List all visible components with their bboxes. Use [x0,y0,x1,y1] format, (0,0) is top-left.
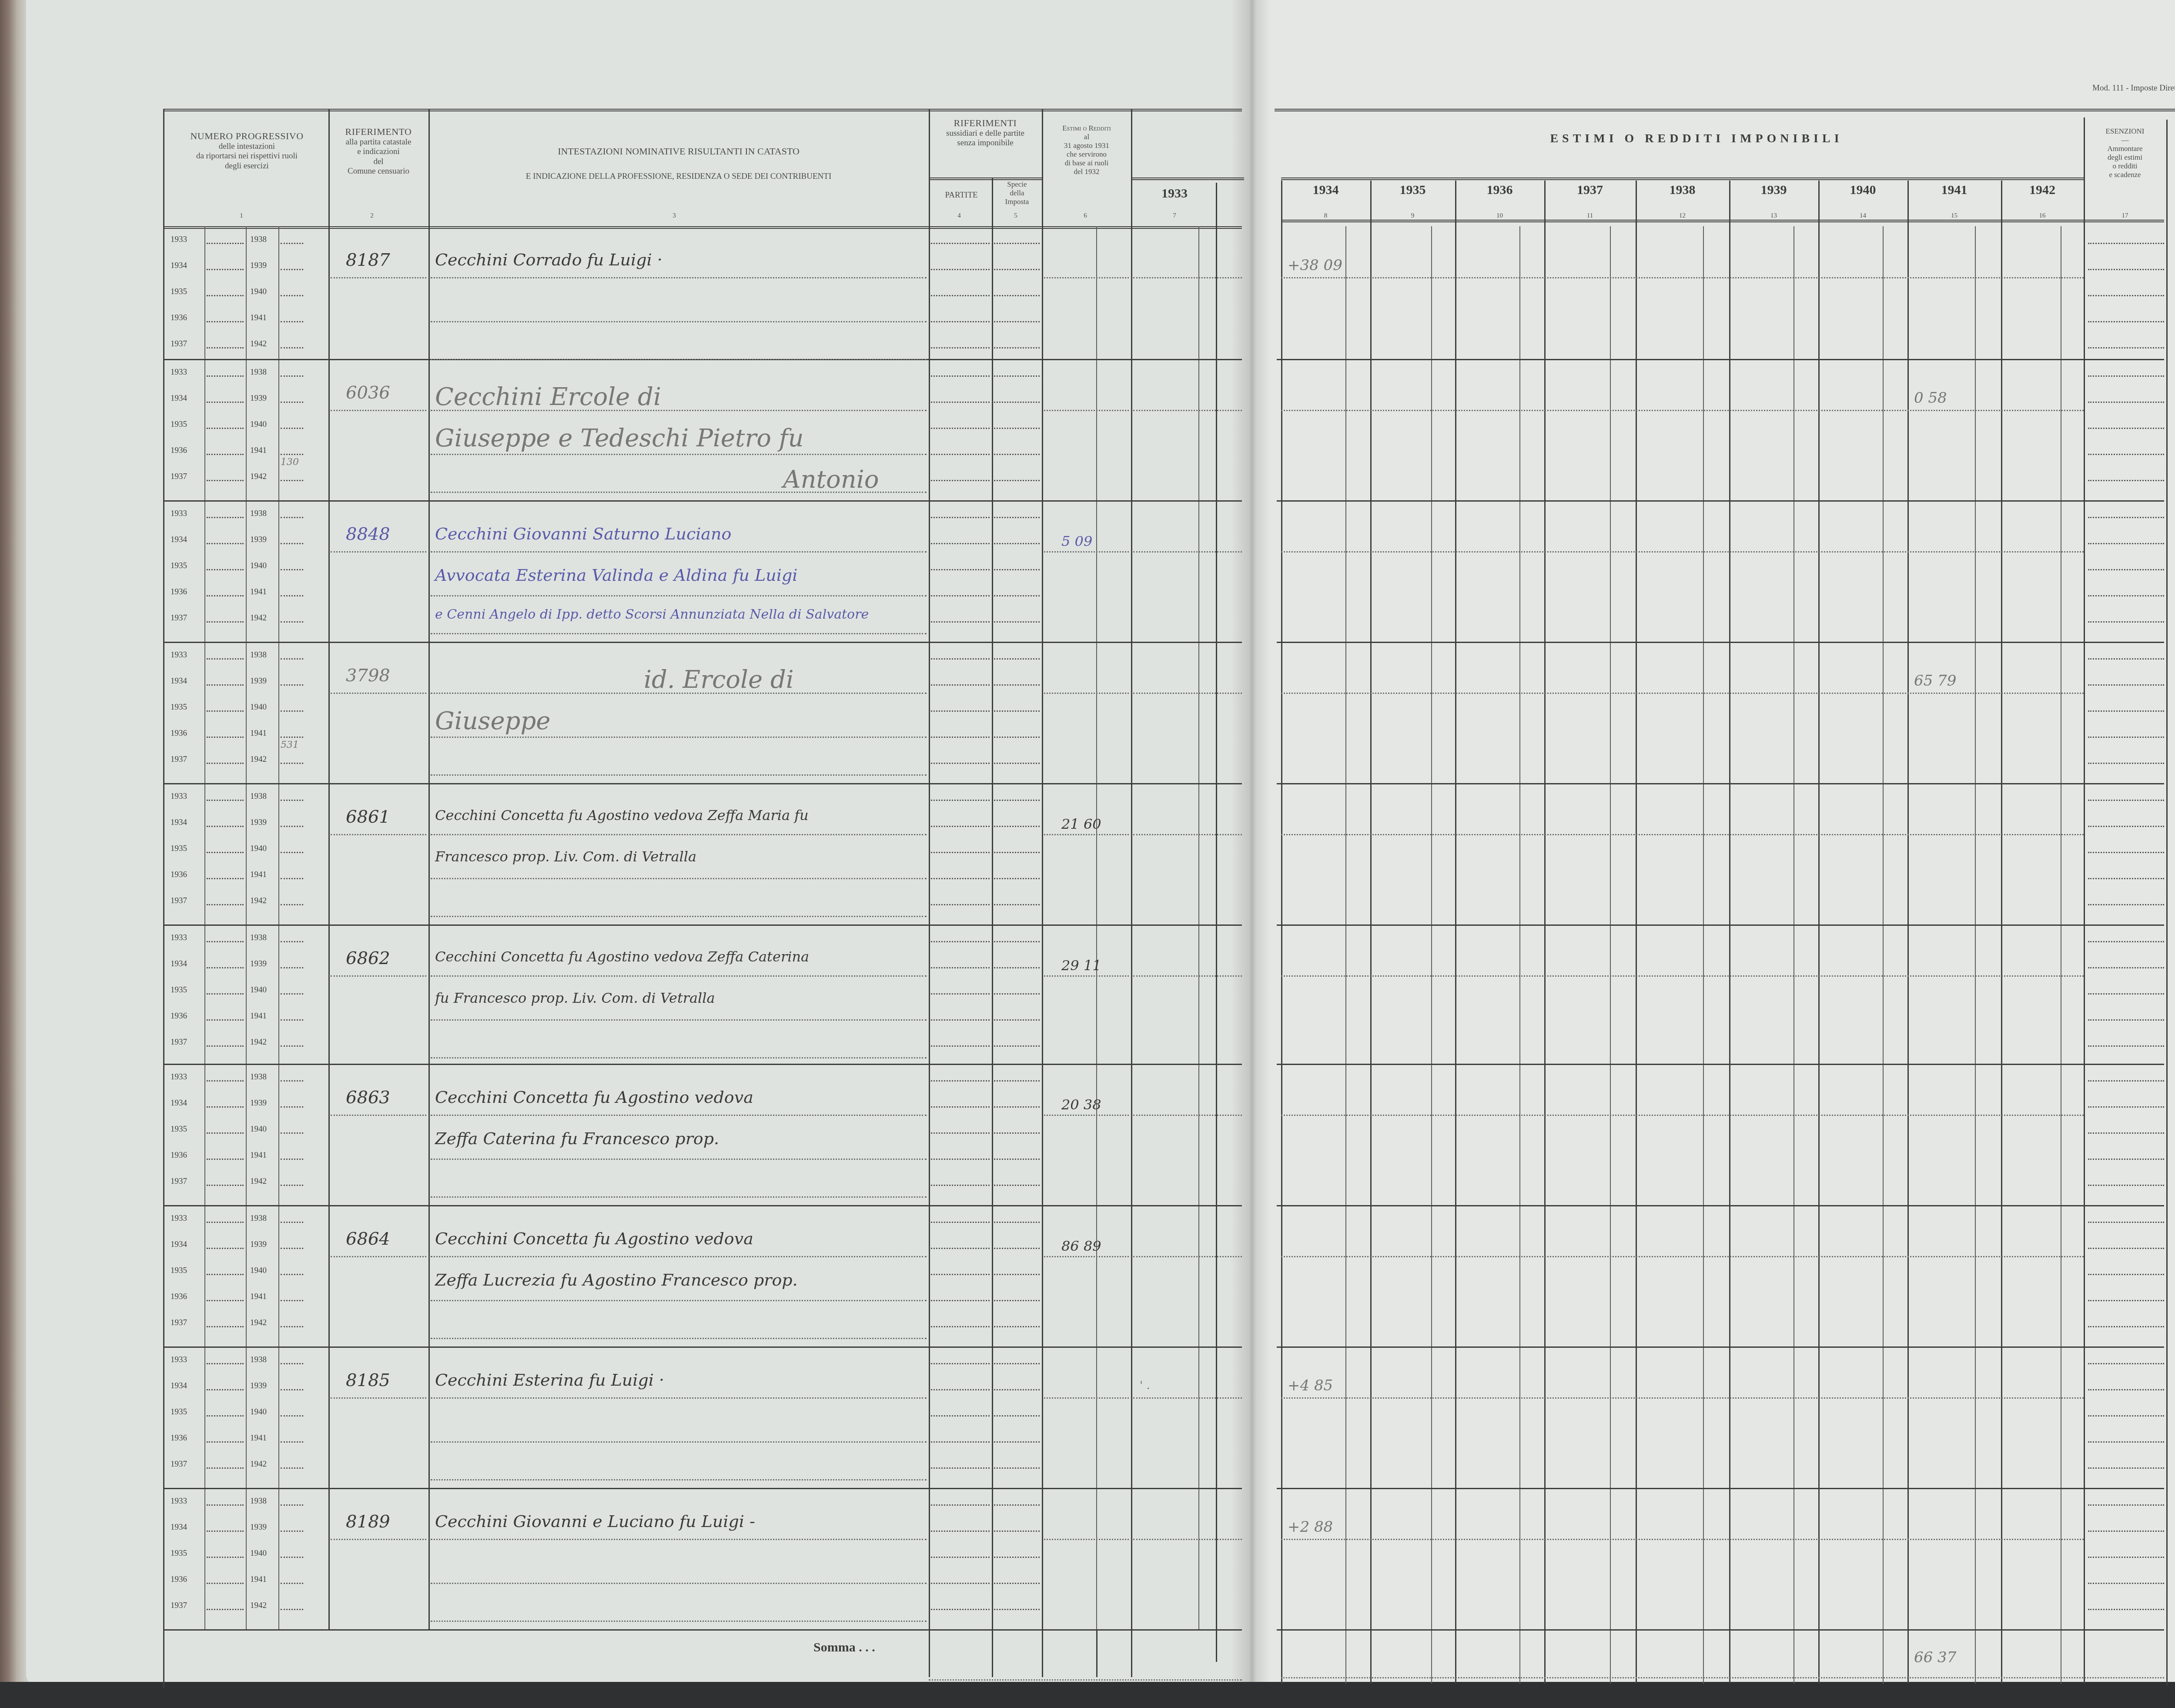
specie-blank [994,852,1040,853]
cents-rule [2061,226,2061,1684]
year-label: 1936 [171,1151,187,1160]
year-label: 1935 [171,703,187,712]
year-label: 1933 [171,1072,187,1082]
writing-line [431,878,927,879]
specie-blank [994,1019,1040,1021]
year-blank [281,852,303,853]
writing-line [431,1397,927,1399]
year-label: 1940 [250,1125,267,1134]
subheader-rule [1131,177,1244,180]
year-label: 1938 [250,235,267,244]
specie-blank [994,1300,1040,1301]
year-blank [207,1557,244,1558]
specie-blank [994,1185,1040,1186]
header-year: 1939 [1729,183,1818,198]
esenzioni-blank [2088,993,2164,995]
year-label: 1939 [250,1098,267,1108]
partite-blank [931,321,990,322]
esenzioni-blank [2088,1467,2164,1469]
writing-line [331,975,426,977]
column-number: 10 [1455,212,1544,220]
year-blank [207,243,244,244]
year-blank [281,295,303,296]
specie-blank [994,595,1040,596]
header-line: NUMERO PROGRESSIVO [167,131,326,142]
somma-column-rule [1131,1629,1132,1677]
writing-line [331,1397,426,1399]
esenzioni-blank [2088,658,2164,660]
specie-blank [994,1326,1040,1327]
header-year: 1934 [1281,183,1370,198]
writing-line [331,410,426,411]
header-line: Comune censuario [331,167,426,176]
year-blank [207,658,244,660]
partite-blank [931,1045,990,1047]
year-label: 1936 [171,1575,187,1584]
year-label: 1937 [171,1460,187,1469]
header-line: Specie [993,180,1041,189]
year-label: 1934 [171,677,187,686]
year-label: 1941 [250,1433,267,1443]
year-label: 1933 [171,368,187,377]
table-left-border [163,109,164,1688]
esenzioni-blank [2088,763,2164,764]
somma-column-rule [992,1629,993,1677]
writing-line [1133,277,1242,278]
writing-line [331,1256,426,1257]
year-blank [281,1248,303,1249]
specie-blank [994,1248,1040,1249]
row-separator [163,1205,1242,1206]
year-blank [207,595,244,596]
year-blank [281,684,303,686]
year-label: 1942 [250,613,267,623]
header-line: RIFERIMENTO [331,126,426,137]
year-column-rule [1455,181,1456,1684]
esenzioni-blank [2088,1415,2164,1417]
writing-line [1044,1539,1129,1540]
column-number: 4 [950,212,968,220]
writing-line [431,321,927,322]
writing-line [431,834,927,835]
year-blank [281,1300,303,1301]
year-blank [281,454,303,455]
year-blank [207,1363,244,1364]
year-blank [207,1248,244,1249]
subheader-rule [1281,177,2084,180]
year-blank [207,1106,244,1108]
partite-blank [931,1159,990,1160]
year-label: 1935 [171,1125,187,1134]
esenzioni-blank [2088,1557,2164,1558]
specie-blank [994,480,1040,481]
header-year: 1937 [1544,183,1636,198]
specie-blank [994,1609,1040,1610]
year-blank [281,878,303,879]
year-label: 1935 [171,1549,187,1558]
writing-line [431,1196,927,1198]
contributor-name: Cecchini Ercole di [435,383,661,411]
year-column-rule [278,226,279,1629]
year-blank [207,852,244,853]
partite-blank [931,993,990,995]
esenzioni-blank [2088,321,2164,322]
partite-blank [931,543,990,544]
cents-rule [1794,226,1794,1684]
year-blank [281,402,303,403]
writing-line [1281,1256,2084,1257]
year-label: 1942 [250,1318,267,1328]
header-line: o redditi [2086,162,2164,171]
year-label: 1941 [250,1011,267,1021]
year-label: 1939 [250,1240,267,1249]
somma-column-rule [1042,1629,1043,1677]
year-label: 1936 [171,870,187,880]
year-blank [207,1045,244,1047]
column-number: 8 [1281,212,1370,220]
header-estimi-1931: Estimi o Redditial31 agosto 1931che serv… [1043,124,1130,176]
contributor-name: Avvocata Esterina Valinda e Aldina fu Lu… [435,566,797,585]
specie-blank [994,1159,1040,1160]
column-number: 16 [2001,212,2084,220]
partite-blank [931,621,990,623]
year-blank [281,1609,303,1610]
year-label: 1939 [250,1381,267,1391]
year-label: 1934 [171,261,187,271]
esenzioni-blank [2088,375,2164,377]
column-rule [1216,183,1217,1662]
year-label: 1934 [171,1523,187,1532]
writing-line [1281,693,2084,694]
header-line: di base ai ruoli [1043,159,1130,167]
year-label: 1939 [250,261,267,271]
esenzioni-blank [2088,1019,2164,1021]
estimo-value: +38 09 [1288,257,1342,274]
esenzioni-blank [2088,1248,2164,1249]
partite-blank [931,1557,990,1558]
year-blank [281,993,303,995]
row-separator [1277,783,2164,784]
specie-blank [994,269,1040,270]
year-label: 1933 [171,1355,187,1365]
writing-line [1044,693,1129,694]
year-label: 1939 [250,1523,267,1532]
writing-line [331,834,426,835]
specie-blank [994,763,1040,764]
year-label: 1937 [171,1177,187,1186]
column-number: 7 [1166,212,1183,220]
esenzioni-blank [2088,967,2164,968]
partite-blank [931,1531,990,1532]
year-label: 1942 [250,896,267,906]
column-number: 6 [1077,212,1094,220]
specie-blank [994,1080,1040,1082]
year-column-rule [1907,181,1909,1684]
cents-rule [1198,226,1199,1629]
year-blank [207,1300,244,1301]
year-blank [207,878,244,879]
year-blank [281,737,303,738]
specie-blank [994,826,1040,827]
esenzioni-blank [2088,243,2164,244]
column-number: 17 [2086,212,2164,220]
writing-line [1281,1539,2084,1540]
year-blank [281,1415,303,1417]
esenzioni-blank [2088,904,2164,905]
estimo-1931-value: 21 60 [1061,816,1101,832]
partite-blank [931,967,990,968]
contributor-name: Francesco prop. Liv. Com. di Vetralla [435,848,696,865]
header-year: 1936 [1455,183,1544,198]
writing-line [1044,551,1129,553]
year-label: 1936 [171,1292,187,1302]
year-label: 1941 [250,870,267,880]
partite-blank [931,402,990,403]
partite-blank [931,595,990,596]
year-label: 1937 [171,755,187,764]
year-blank [207,904,244,905]
contributor-name: Cecchini Corrado fu Luigi · [435,250,663,269]
year-blank [281,800,303,801]
specie-blank [994,295,1040,296]
header-line: e scadenze [2086,171,2164,179]
year-label: 1942 [250,1460,267,1469]
year-label: 1942 [250,1038,267,1047]
contributor-name: fu Francesco prop. Liv. Com. di Vetralla [435,990,715,1006]
header-year: 1935 [1370,183,1455,198]
esenzioni-blank [2088,1132,2164,1134]
year-blank [281,1326,303,1327]
form-model-label: Mod. 111 - Imposte Dirette (Intercalare)… [2092,84,2175,93]
year-blank [281,1504,303,1506]
partite-blank [931,428,990,429]
partite-blank [931,1106,990,1108]
writing-line [431,1621,927,1622]
specie-blank [994,1106,1040,1108]
year-blank [281,1222,303,1223]
contributor-name: Zeffa Caterina fu Francesco prop. [435,1129,719,1148]
contributor-name: e Cenni Angelo di Ipp. detto Scorsi Annu… [435,607,869,622]
year-label: 1933 [171,1497,187,1506]
year-blank [207,941,244,942]
header-year-1933: 1933 [1131,186,1218,201]
year-blank [207,1531,244,1532]
year-label: 1936 [171,729,187,738]
writing-line [1044,834,1129,835]
esenzioni-blank [2088,517,2164,518]
year-label: 1938 [250,1497,267,1506]
partite-blank [931,852,990,853]
esenzioni-blank [2088,295,2164,296]
side-note: 531 [281,740,299,750]
partite-blank [931,454,990,455]
specie-blank [994,1557,1040,1558]
writing-line [431,1057,927,1058]
partite-blank [931,800,990,801]
year-label: 1934 [171,1381,187,1391]
year-label: 1940 [250,1549,267,1558]
year-blank [207,1185,244,1186]
writing-line [331,1539,426,1540]
column-number: 1 [233,212,250,220]
esenzioni-blank [2088,710,2164,712]
column-rule [2084,117,2085,1684]
writing-line [1281,834,2084,835]
partite-blank [931,375,990,377]
esenzioni-blank [2088,1504,2164,1506]
year-label: 1936 [171,1011,187,1021]
year-label: 1935 [171,985,187,995]
year-column-rule [1370,181,1372,1684]
contributor-name: Cecchini Concetta fu Agostino vedova Zef… [435,948,809,965]
column-number: 14 [1818,212,1907,220]
book-gutter [1231,0,1270,1684]
year-label: 1938 [250,368,267,377]
header-line: degli esercizi [167,161,326,171]
partite-blank [931,737,990,738]
year-blank [207,1504,244,1506]
partite-blank [931,1300,990,1301]
year-blank [207,684,244,686]
esenzioni-blank [2088,852,2164,853]
contributor-name: Giuseppe [435,707,550,735]
row-separator [163,500,1242,502]
contributor-name: Cecchini Giovanni e Luciano fu Luigi - [435,1512,755,1531]
writing-line [1133,1115,1242,1116]
partita-number: 8187 [346,250,390,270]
year-blank [281,1159,303,1160]
somma-column-rule [929,1629,930,1677]
year-label: 1934 [171,959,187,969]
year-label: 1940 [250,561,267,571]
header-riferimenti-sussidiari: RIFERIMENTIsussidiari e delle partitesen… [931,117,1040,148]
specie-blank [994,621,1040,623]
writing-line [431,633,927,634]
writing-line [431,1159,927,1160]
row-separator [163,642,1242,643]
writing-line [431,1256,927,1257]
year-blank [281,243,303,244]
year-blank [207,269,244,270]
partite-blank [931,658,990,660]
esenzioni-blank [2088,878,2164,879]
year-label: 1939 [250,535,267,545]
column-number: 2 [363,212,381,220]
year-blank [281,658,303,660]
partita-number: 6862 [346,948,390,968]
contributor-name: id. Ercole di [644,666,794,694]
writing-line [1044,277,1129,278]
esenzioni-blank [2088,1080,2164,1082]
year-label: 1934 [171,818,187,827]
partite-blank [931,1132,990,1134]
writing-line [1133,1256,1242,1257]
partite-blank [931,904,990,905]
year-blank [281,1583,303,1584]
estimo-value: 0 58 [1914,389,1947,407]
year-blank [281,428,303,429]
header-line: Ammontare [2086,144,2164,153]
year-label: 1934 [171,1098,187,1108]
header-line: del [331,157,426,167]
row-separator [1277,924,2164,926]
year-blank [207,1467,244,1469]
contributor-name: Cecchini Esterina fu Luigi · [435,1370,664,1390]
writing-line [1133,1397,1242,1399]
cents-rule [1431,226,1432,1684]
header-line: e indicazioni [331,147,426,157]
writing-line [431,595,927,596]
partite-blank [931,941,990,942]
year-label: 1935 [171,420,187,429]
esenzioni-blank [2088,1185,2164,1186]
cents-rule [1096,226,1097,1629]
partite-blank [931,1248,990,1249]
header-line: alla partita catastale [331,137,426,147]
writing-line [1133,693,1242,694]
column-number: 11 [1544,212,1636,220]
writing-line [431,454,927,455]
header-intestazioni-sub: E INDICAZIONE DELLA PROFESSIONE, RESIDEN… [435,172,922,181]
partita-number: 6864 [346,1229,390,1249]
somma-value: 66 37 [1914,1649,1956,1666]
year-blank [281,1045,303,1047]
cents-rule [1975,226,1976,1684]
year-blank [207,321,244,322]
writing-line [1281,975,2084,977]
row-separator [163,1488,1242,1489]
esenzioni-blank [2088,1363,2164,1364]
year-blank [281,543,303,544]
row-separator [163,1629,1242,1631]
writing-line [431,1539,927,1540]
year-blank [207,1583,244,1584]
contributor-name: Cecchini Giovanni Saturno Luciano [435,524,731,543]
esenzioni-blank [2088,347,2164,348]
year-label: 1942 [250,1601,267,1611]
year-blank [207,428,244,429]
year-blank [207,1441,244,1443]
specie-blank [994,1583,1040,1584]
row-separator [1277,1346,2164,1348]
esenzioni-blank [2088,684,2164,686]
header-line: degli estimi [2086,153,2164,162]
cents-rule [1703,226,1704,1684]
year-blank [281,1467,303,1469]
partita-number: 6863 [346,1088,390,1108]
writing-line [1044,1397,1129,1399]
specie-blank [994,1045,1040,1047]
year-label: 1941 [250,446,267,455]
specie-blank [994,1363,1040,1364]
partite-blank [931,1326,990,1327]
specie-blank [994,737,1040,738]
column-number: 3 [666,212,683,220]
header-line: delle intestazioni [167,142,326,151]
year-label: 1935 [171,561,187,571]
esenzioni-blank [2088,1609,2164,1610]
partita-number: 8185 [346,1370,390,1390]
right-page [1248,0,2175,1684]
header-line: al [1043,133,1130,141]
table-surface [0,1682,2175,1708]
specie-blank [994,1415,1040,1417]
year-blank [207,763,244,764]
year-blank [207,621,244,623]
year-blank [281,1441,303,1443]
partite-blank [931,243,990,244]
year-label: 1933 [171,509,187,519]
